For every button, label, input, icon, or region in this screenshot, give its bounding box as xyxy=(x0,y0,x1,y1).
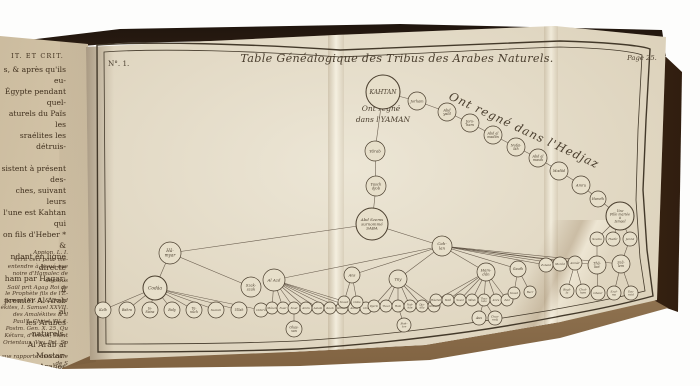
photo-open-book-with-foldout-plate: IT. ET CRIT. s, & après qu'ils eu-Égypte… xyxy=(0,0,700,386)
left-page-text-line: ches, suivant leurs xyxy=(0,185,66,207)
left-page-footnote-line: entendre à Josué que xyxy=(0,264,68,271)
fold-crease xyxy=(328,26,344,360)
left-page-text-line: sraélites les détruis- xyxy=(0,130,66,152)
left-page-footnote-line: le Prophète fils de l'É- xyxy=(0,291,68,298)
left-page-text-line: aturels du Païs les xyxy=(0,108,66,130)
left-page-text-line: l'une est Kahtan qui xyxy=(0,207,66,229)
left-page-footnotes: Appion, L. I.écrit ceci pour mé-entendre… xyxy=(0,250,68,381)
left-page-footnote-line: u des Hébreux, Phil. III. 5 xyxy=(0,367,68,381)
left-page-footnote-line: Postm. Gen. X. 25. Qu xyxy=(0,326,68,333)
left-page-footnote-line: Orientaux, Voy. Pot. Sp xyxy=(0,340,68,347)
left-page-footnote-line: écrit ceci pour mé- xyxy=(0,257,68,264)
left-page-text-line: Égypte pendant quel- xyxy=(0,86,66,108)
left-page-running-head: IT. ET CRIT. xyxy=(0,52,64,60)
left-page-footnote-line: des Amalékites & il xyxy=(0,312,68,319)
left-page-footnote-line: que rapporte avec celle de S xyxy=(0,354,68,368)
left-page-footnote-line: Appion, L. I. xyxy=(0,250,68,257)
left-page-text-line: on fils d'Heber * & xyxy=(0,229,66,251)
left-page-text-line xyxy=(0,152,66,163)
left-page-text-line: sistent à présent des- xyxy=(0,163,66,185)
left-page-footnote-line: Paul I. Christ. IV. 4. xyxy=(0,319,68,326)
plate-gutter-shade xyxy=(86,36,114,362)
left-page-footnote-line xyxy=(0,347,68,354)
left-page-footnote-line: noire d'Hamalec de dessous xyxy=(0,271,68,285)
left-page-text-line: s, & après qu'ils eu- xyxy=(0,64,66,86)
left-page-footnote-line: Kétura, d'Ismaïl, étant xyxy=(0,333,68,340)
